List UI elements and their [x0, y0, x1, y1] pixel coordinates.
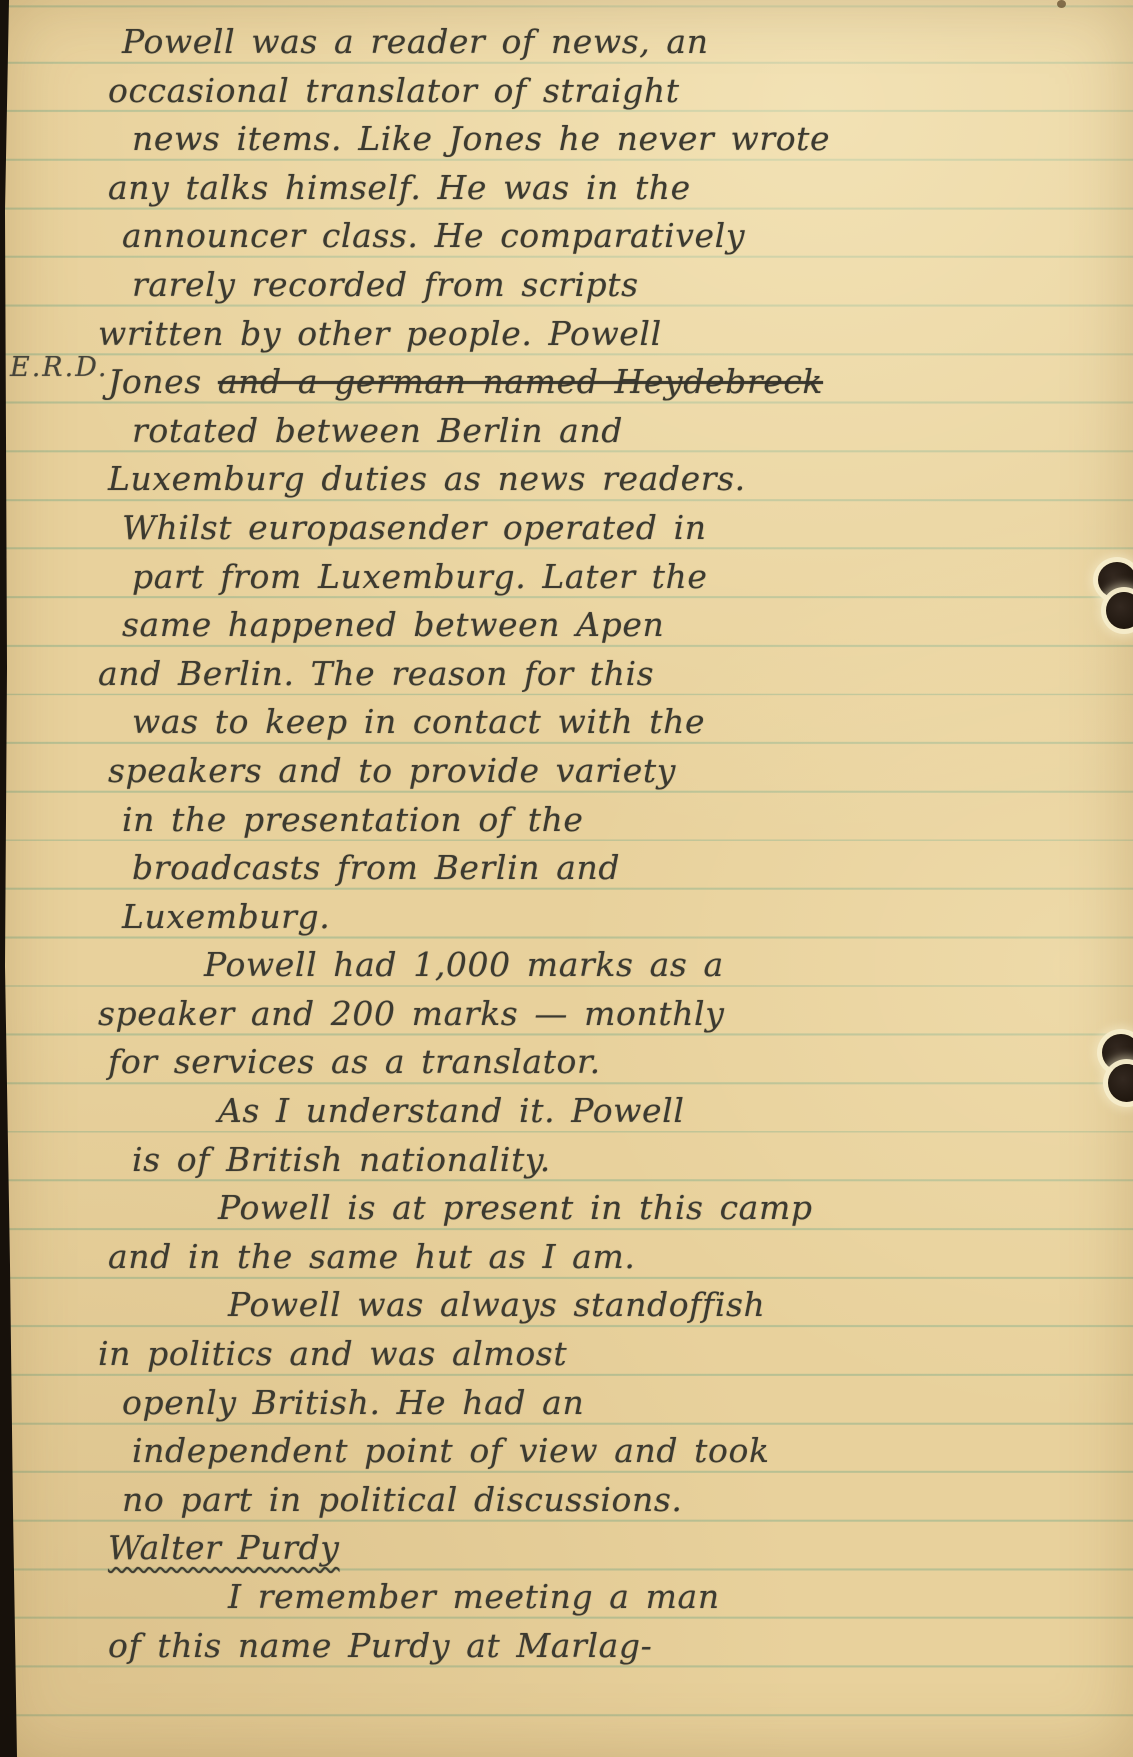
handwriting-line: same happened between Apen — [122, 601, 1133, 650]
handwriting-line: I remember meeting a man — [132, 1573, 1133, 1622]
handwritten-text: no part in political discussions. — [122, 1480, 682, 1519]
handwriting-line: is of British nationality. — [132, 1136, 1133, 1185]
handwriting-line: Luxemburg. — [122, 893, 1133, 942]
handwritten-text: any talks himself. He was in the — [108, 168, 691, 207]
handwriting-line: speaker and 200 marks — monthly — [98, 990, 1133, 1039]
handwriting-line: part from Luxemburg. Later the — [132, 553, 1133, 602]
handwritten-text: for services as a translator. — [108, 1042, 601, 1081]
handwriting-line: in the presentation of the — [122, 796, 1133, 845]
scanned-document-photo: E.R.D. Powell was a reader of news, anoc… — [0, 0, 1133, 1757]
handwritten-text: independent point of view and took — [132, 1431, 770, 1470]
handwritten-text: written by other people. Powell — [98, 314, 662, 353]
handwriting-line: was to keep in contact with the — [132, 698, 1133, 747]
handwritten-text: and Berlin. The reason for this — [98, 654, 654, 693]
handwriting-line: Powell was a reader of news, an — [122, 18, 1133, 67]
handwriting-line: no part in political discussions. — [122, 1476, 1133, 1525]
handwritten-text: same happened between Apen — [122, 605, 664, 644]
handwriting-line: occasional translator of straight — [108, 67, 1133, 116]
handwriting-line: written by other people. Powell — [98, 310, 1133, 359]
struck-out-text: and a german named Heydebreck — [218, 362, 823, 401]
handwritten-text: was to keep in contact with the — [132, 702, 705, 741]
handwriting-line: rarely recorded from scripts — [132, 261, 1133, 310]
handwriting-line: Powell is at present in this camp — [122, 1184, 1133, 1233]
handwritten-text: Powell was a reader of news, an — [122, 22, 709, 61]
handwriting-line: speakers and to provide variety — [108, 747, 1133, 796]
handwritten-text: occasional translator of straight — [108, 71, 680, 110]
handwriting-line: Walter Purdy — [108, 1524, 1133, 1573]
handwriting-line: of this name Purdy at Marlag- — [108, 1622, 1133, 1671]
handwritten-text: Whilst europasender operated in — [122, 508, 707, 547]
handwriting-line: Powell was always standoffish — [132, 1281, 1133, 1330]
handwritten-text: in the presentation of the — [122, 800, 584, 839]
handwritten-text: of this name Purdy at Marlag- — [108, 1626, 652, 1665]
handwritten-text: rarely recorded from scripts — [132, 265, 639, 304]
handwritten-text: news items. Like Jones he never wrote — [132, 119, 830, 158]
handwritten-text: openly British. He had an — [122, 1383, 584, 1422]
handwriting-line: rotated between Berlin and — [132, 407, 1133, 456]
handwriting-line: any talks himself. He was in the — [108, 164, 1133, 213]
handwriting-line: Luxemburg duties as news readers. — [108, 455, 1133, 504]
handwriting-line: for services as a translator. — [108, 1038, 1133, 1087]
handwriting-line: broadcasts from Berlin and — [132, 844, 1133, 893]
handwritten-text: Luxemburg duties as news readers. — [108, 459, 746, 498]
handwriting-line: news items. Like Jones he never wrote — [132, 115, 1133, 164]
handwriting-line: announcer class. He comparatively — [122, 212, 1133, 261]
handwritten-text: broadcasts from Berlin and — [132, 848, 620, 887]
underlined-name: Walter Purdy — [108, 1528, 340, 1567]
margin-note-initials: E.R.D. — [10, 352, 108, 383]
handwritten-text: Powell is at present in this camp — [218, 1188, 813, 1227]
handwriting-line: As I understand it. Powell — [122, 1087, 1133, 1136]
handwritten-text: Powell was always standoffish — [228, 1285, 765, 1324]
handwriting-line: independent point of view and took — [132, 1427, 1133, 1476]
handwritten-text: in politics and was almost — [98, 1334, 567, 1373]
handwritten-text: Jones — [108, 362, 218, 401]
handwriting-line: Powell had 1,000 marks as a — [108, 941, 1133, 990]
handwritten-text: part from Luxemburg. Later the — [132, 557, 708, 596]
handwriting-line: Whilst europasender operated in — [122, 504, 1133, 553]
handwritten-text: Powell had 1,000 marks as a — [204, 945, 724, 984]
handwritten-text: speaker and 200 marks — monthly — [98, 994, 724, 1033]
notebook-paper: E.R.D. Powell was a reader of news, anoc… — [4, 0, 1133, 1757]
handwriting-line: Jones and a german named Heydebreck — [108, 358, 1133, 407]
handwritten-text: and in the same hut as I am. — [108, 1237, 635, 1276]
handwriting-line: openly British. He had an — [122, 1379, 1133, 1428]
handwritten-text: Luxemburg. — [122, 897, 330, 936]
handwriting-line: and Berlin. The reason for this — [98, 650, 1133, 699]
handwritten-text: is of British nationality. — [132, 1140, 551, 1179]
handwritten-text: As I understand it. Powell — [218, 1091, 684, 1130]
handwriting-line: in politics and was almost — [98, 1330, 1133, 1379]
paper-speck — [1057, 0, 1066, 8]
handwritten-text: I remember meeting a man — [228, 1577, 720, 1616]
handwritten-text: announcer class. He comparatively — [122, 216, 745, 255]
handwriting-line: and in the same hut as I am. — [108, 1233, 1133, 1282]
handwritten-text: speakers and to provide variety — [108, 751, 676, 790]
handwritten-text: rotated between Berlin and — [132, 411, 623, 450]
handwriting-lines: Powell was a reader of news, anoccasiona… — [122, 0, 1133, 1670]
